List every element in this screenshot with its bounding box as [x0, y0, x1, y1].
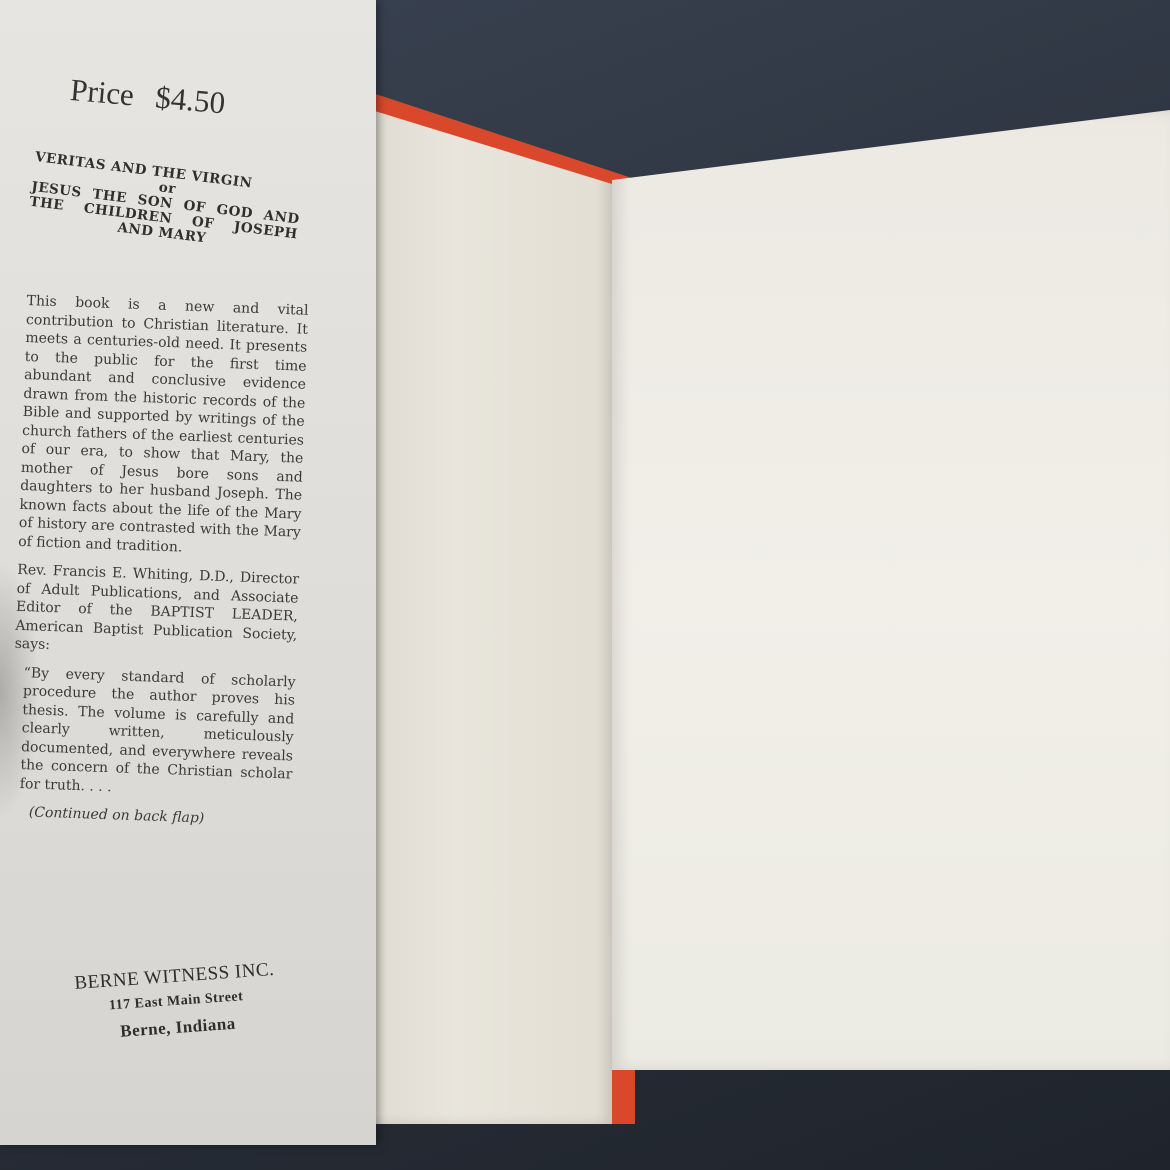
reviewer-attribution: Rev. Francis E. Whiting, D.D., Director … [14, 561, 299, 663]
publisher-block: BERNE WITNESS INC. 117 East Main Street … [44, 957, 308, 1047]
review-quote: “By every standard of scholar­ly procedu… [10, 663, 296, 802]
dust-jacket-flap: Price $4.50 VERITAS AND THE VIRGIN or JE… [0, 0, 376, 1145]
right-blank-page [612, 110, 1170, 1070]
flap-body: This book is a new and vital contributio… [9, 292, 309, 831]
continued-note: (Continued on back flap) [9, 803, 291, 831]
book-title: VERITAS AND THE VIRGIN or JESUS THE SON … [27, 150, 304, 257]
left-endpaper [352, 104, 612, 1124]
photo-scene: Price $4.50 VERITAS AND THE VIRGIN or JE… [0, 0, 1170, 1170]
book-description: This book is a new and vital contributio… [18, 292, 309, 561]
price-label: Price $4.50 [69, 72, 227, 121]
